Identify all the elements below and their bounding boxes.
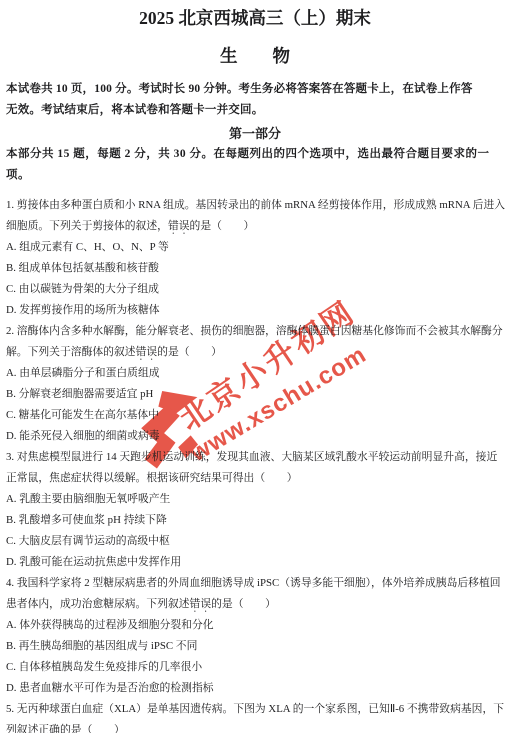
emphasized-word: 错误 <box>168 220 190 232</box>
option-line: B. 再生胰岛细胞的基因组成与 iPSC 不同 <box>6 636 504 657</box>
option-line: A. 乳酸主要由脑细胞无氧呼吸产生 <box>6 489 504 510</box>
section-instructions: 本部分共 15 题，每题 2 分，共 30 分。在每题列出的四个选项中，选出最符… <box>6 144 504 186</box>
emphasized-word: 错误 <box>190 598 212 610</box>
question-block: 2. 溶酶体内含多种水解酶，能分解衰老、损伤的细胞器，溶酶体膜蛋白因糖基化修饰而… <box>6 321 504 447</box>
question-stem-line: 2. 溶酶体内含多种水解酶，能分解衰老、损伤的细胞器，溶酶体膜蛋白因糖基化修饰而… <box>6 321 504 342</box>
emphasized-word: 错误 <box>136 346 158 358</box>
option-line: D. 患者血糖水平可作为是否治愈的检测指标 <box>6 678 504 699</box>
questions-list: 1. 剪接体由多种蛋白质和小 RNA 组成。基因转录出的前体 mRNA 经剪接体… <box>6 195 504 733</box>
option-line: C. 糖基化可能发生在高尔基体中 <box>6 405 504 426</box>
question-stem-line: 5. 无丙种球蛋白血症（XLA）是单基因遗传病。下图为 XLA 的一个家系图，已… <box>6 699 504 720</box>
question-stem-line: 4. 我国科学家将 2 型糖尿病患者的外周血细胞诱导成 iPSC（诱导多能干细胞… <box>6 573 504 594</box>
option-line: B. 组成单体包括氨基酸和核苷酸 <box>6 258 504 279</box>
subject-title: 生 物 <box>6 44 504 68</box>
option-line: B. 分解衰老细胞器需要适宜 pH <box>6 384 504 405</box>
exam-paper-page: 北京小升初网 www.xschu.com 2025 北京西城高三（上）期末 生 … <box>0 0 510 733</box>
option-line: C. 自体移植胰岛发生免疫排斥的几率很小 <box>6 657 504 678</box>
section-instructions-line: 项。 <box>6 165 504 186</box>
option-line: A. 体外获得胰岛的过程涉及细胞分裂和分化 <box>6 615 504 636</box>
question-block: 3. 对焦虑模型鼠进行 14 天跑步机运动训练，发现其血液、大脑某区域乳酸水平较… <box>6 447 504 573</box>
option-line: B. 乳酸增多可使血浆 pH 持续下降 <box>6 510 504 531</box>
question-stem-line: 正常鼠，焦虑症状得以缓解。根据该研究结果可得出（ ） <box>6 468 504 489</box>
exam-instructions-line: 本试卷共 10 页，100 分。考试时长 90 分钟。考生务必将答案答在答题卡上… <box>6 79 504 100</box>
question-stem-line: 1. 剪接体由多种蛋白质和小 RNA 组成。基因转录出的前体 mRNA 经剪接体… <box>6 195 504 216</box>
page-title: 2025 北京西城高三（上）期末 <box>6 6 504 30</box>
option-line: C. 大脑皮层有调节运动的高级中枢 <box>6 531 504 552</box>
question-block: 4. 我国科学家将 2 型糖尿病患者的外周血细胞诱导成 iPSC（诱导多能干细胞… <box>6 573 504 699</box>
question-stem-line: 3. 对焦虑模型鼠进行 14 天跑步机运动训练，发现其血液、大脑某区域乳酸水平较… <box>6 447 504 468</box>
exam-instructions-line: 无效。考试结束后，将本试卷和答题卡一并交回。 <box>6 100 504 121</box>
question-block: 1. 剪接体由多种蛋白质和小 RNA 组成。基因转录出的前体 mRNA 经剪接体… <box>6 195 504 321</box>
option-line: D. 发挥剪接作用的场所为核糖体 <box>6 300 504 321</box>
option-line: A. 由单层磷脂分子和蛋白质组成 <box>6 363 504 384</box>
exam-instructions: 本试卷共 10 页，100 分。考试时长 90 分钟。考生务必将答案答在答题卡上… <box>6 79 504 121</box>
question-block: 5. 无丙种球蛋白血症（XLA）是单基因遗传病。下图为 XLA 的一个家系图，已… <box>6 699 504 733</box>
question-stem-line: 患者体内，成功治愈糖尿病。下列叙述错误的是（ ） <box>6 594 504 615</box>
option-line: A. 组成元素有 C、H、O、N、P 等 <box>6 237 504 258</box>
question-stem-line: 细胞质。下列关于剪接体的叙述，错误的是（ ） <box>6 216 504 237</box>
question-stem-line: 列叙述正确的是（ ） <box>6 720 504 733</box>
section-instructions-line: 本部分共 15 题，每题 2 分，共 30 分。在每题列出的四个选项中，选出最符… <box>6 144 504 165</box>
option-line: D. 乳酸可能在运动抗焦虑中发挥作用 <box>6 552 504 573</box>
section-heading: 第一部分 <box>6 123 504 144</box>
document-content: 2025 北京西城高三（上）期末 生 物 本试卷共 10 页，100 分。考试时… <box>0 0 510 733</box>
option-line: C. 由以碳链为骨架的大分子组成 <box>6 279 504 300</box>
option-line: D. 能杀死侵入细胞的细菌或病毒 <box>6 426 504 447</box>
question-stem-line: 解。下列关于溶酶体的叙述错误的是（ ） <box>6 342 504 363</box>
